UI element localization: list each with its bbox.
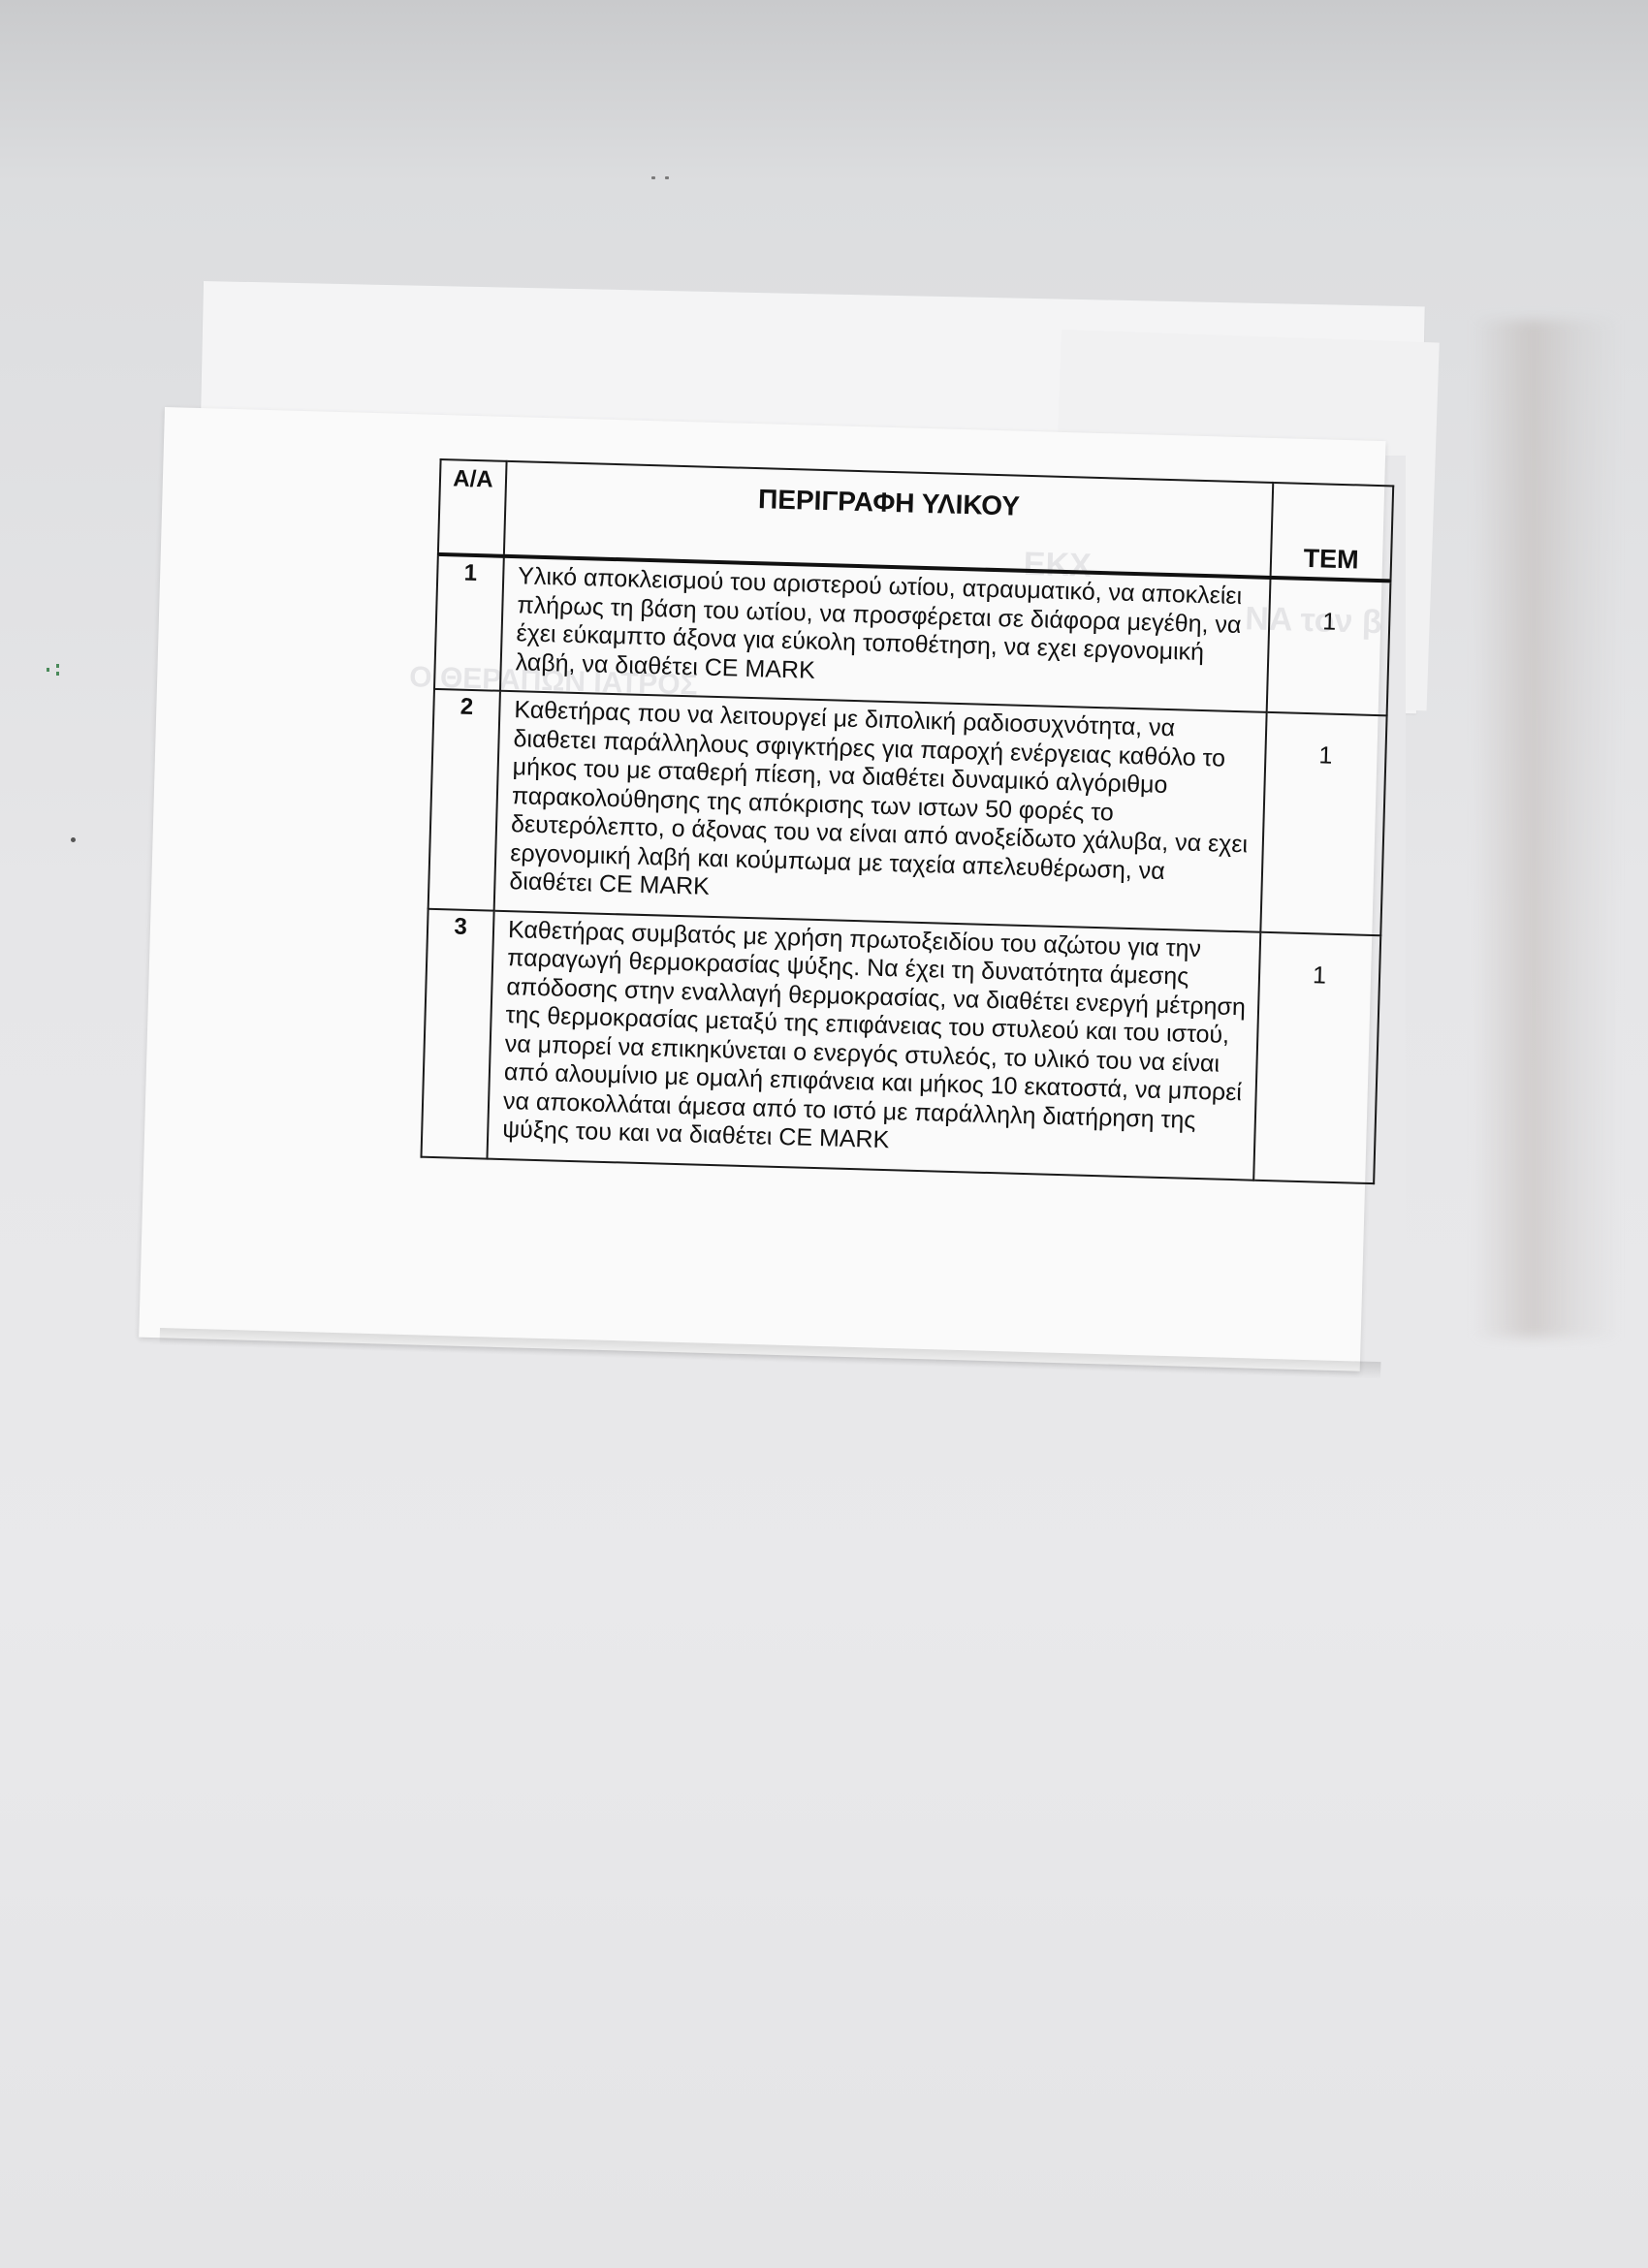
table-row: 2 Καθετήρας που να λειτουργεί με διπολικ… (428, 689, 1387, 935)
header-quantity: ΤΕΜ (1271, 483, 1394, 581)
materials-table: Α/Α ΠΕΡΙΓΡΑΦΗ ΥΛΙΚΟΥ ΤΕΜ 1 Υλικό αποκλει… (420, 458, 1394, 1184)
scan-speck (47, 664, 66, 676)
row-description: Καθετήρας που να λειτουργεί με διπολική … (494, 691, 1267, 931)
table-row: 1 Υλικό αποκλεισμού του αριστερού ωτίου,… (434, 554, 1390, 715)
row-index: 3 (422, 908, 494, 1158)
row-quantity: 1 (1260, 712, 1386, 935)
row-quantity: 1 (1253, 931, 1380, 1182)
header-index: Α/Α (438, 459, 507, 556)
document-page: ΕΚΧ NA τον β Ο ΘΕΡΑΠΩΝ ΙΑΤΡΟΣ Α/Α ΠΕΡΙΓΡ… (139, 407, 1385, 1371)
row-index: 2 (428, 689, 500, 910)
scan-speck (71, 837, 76, 842)
row-index: 1 (434, 554, 504, 691)
row-description: Υλικό αποκλεισμού του αριστερού ωτίου, α… (500, 556, 1271, 712)
row-quantity: 1 (1267, 578, 1391, 715)
scan-shadow (1474, 320, 1619, 1338)
table-row: 3 Καθετήρας συμβατός με χρήση πρωτοξειδί… (422, 908, 1381, 1182)
row-description: Καθετήρας συμβατός με χρήση πρωτοξειδίου… (487, 910, 1260, 1180)
scan-speck (651, 176, 679, 182)
